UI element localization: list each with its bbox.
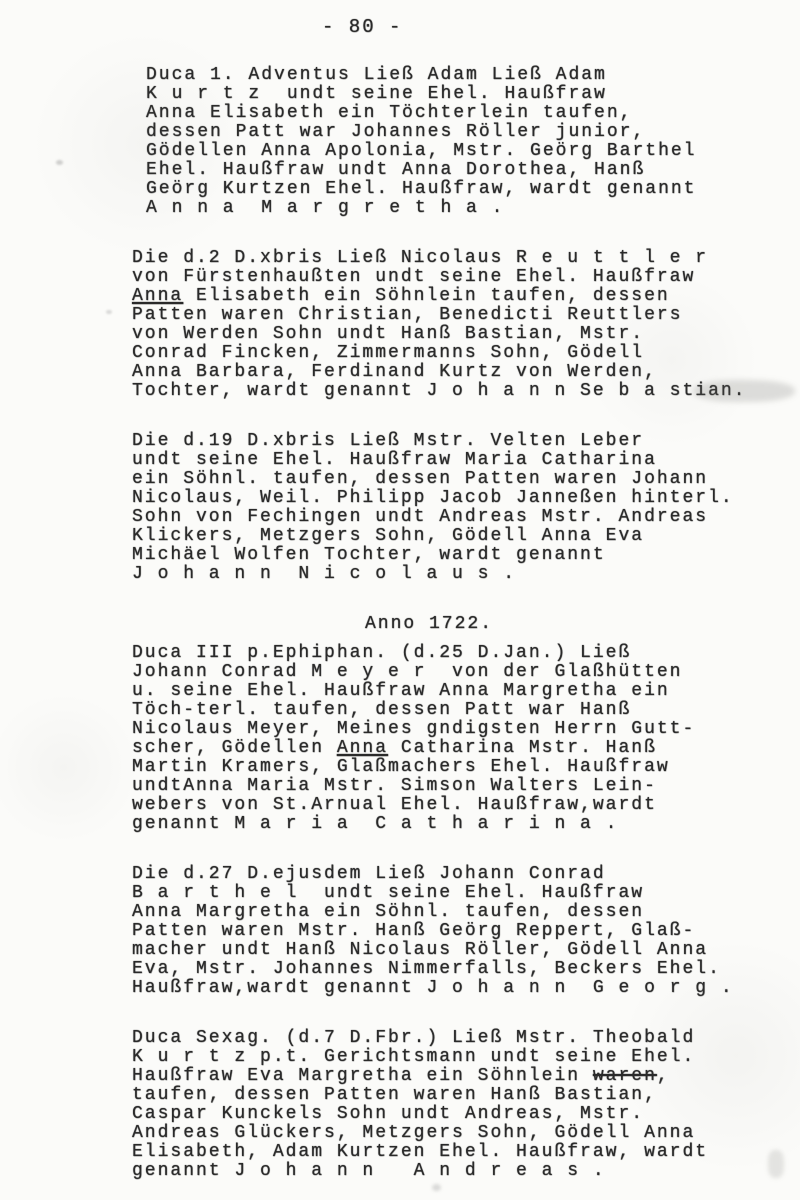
text-segment: Elisabeth, Adam Kurtzen Ehel. Haußfraw, … [132, 1142, 708, 1162]
page-number: - 80 - [0, 0, 800, 38]
text-segment: scher, Gödellen [132, 738, 337, 758]
text-segment: Haußfraw Eva Margretha ein Söhnlein [132, 1066, 593, 1086]
text-line: Nicolaus, Weil. Philipp Jacob Janneßen h… [132, 489, 760, 508]
text-segment: K u r t z p.t. Gerichtsmann undt seine E… [132, 1047, 695, 1067]
text-segment: Töch-terl. taufen, dessen Patt war Hanß [132, 700, 631, 720]
text-segment: Gödellen Anna Apolonia, Mstr. Geörg Bart… [146, 141, 696, 161]
struck-word: waren [593, 1066, 657, 1086]
text-line: Patten waren Christian, Benedicti Reuttl… [132, 306, 760, 325]
text-segment: genannt J o h a n n A n d r e a s . [132, 1161, 606, 1181]
text-segment: u. seine Ehel. Haußfraw Anna Margretha e… [132, 681, 670, 701]
text-line: Geörg Kurtzen Ehel. Haußfraw, wardt gena… [146, 180, 760, 199]
text-line: Elisabeth, Adam Kurtzen Ehel. Haußfraw, … [132, 1143, 760, 1162]
text-line: genannt M a r i a C a t h a r i n a . [132, 815, 760, 834]
entry-paragraph: Die d.27 D.ejusdem Ließ Johann ConradB a… [132, 865, 760, 998]
text-line: webers von St.Arnual Ehel. Haußfraw,ward… [132, 796, 760, 815]
text-segment: Michäel Wolfen Tochter, wardt genannt [132, 545, 606, 565]
text-line: Nicolaus Meyer, Meines gndigsten Herrn G… [132, 720, 760, 739]
text-line: taufen, dessen Patten waren Hanß Bastian… [132, 1086, 760, 1105]
text-line: undtAnna Maria Mstr. Simson Walters Lein… [132, 777, 760, 796]
text-line: K u r t z p.t. Gerichtsmann undt seine E… [132, 1048, 760, 1067]
text-line: Martin Kramers, Glaßmachers Ehel. Haußfr… [132, 758, 760, 777]
underlined-word: Anna [132, 286, 183, 306]
text-line: Tochter, wardt genannt J o h a n n Se b … [132, 382, 760, 401]
text-segment: Conrad Fincken, Zimmermanns Sohn, Gödell [132, 343, 644, 363]
text-line: B a r t h e l undt seine Ehel. Haußfraw [132, 884, 760, 903]
text-segment: Patten waren Christian, Benedicti Reuttl… [132, 305, 682, 325]
text-segment: Die d.2 D.xbris Ließ Nicolaus R e u t t … [132, 248, 708, 268]
entry-paragraph: Duca III p.Ephiphan. (d.25 D.Jan.) LießJ… [132, 644, 760, 834]
text-segment: macher undt Hanß Nicolaus Röller, Gödell… [132, 940, 708, 960]
entry-paragraph: Duca Sexag. (d.7 D.Fbr.) Ließ Mstr. Theo… [132, 1029, 760, 1181]
text-line: Die d.19 D.xbris Ließ Mstr. Velten Leber [132, 432, 760, 451]
text-line: dessen Patt war Johannes Röller junior, [146, 123, 760, 142]
text-line: Die d.27 D.ejusdem Ließ Johann Conrad [132, 865, 760, 884]
text-segment: Anno 1722. [365, 614, 493, 634]
underlined-word: Anna [337, 738, 388, 758]
text-segment: Martin Kramers, Glaßmachers Ehel. Haußfr… [132, 757, 670, 777]
text-line: Duca III p.Ephiphan. (d.25 D.Jan.) Ließ [132, 644, 760, 663]
text-line: ein Söhnl. taufen, dessen Patten waren J… [132, 470, 760, 489]
text-segment: Anna Barbara, Ferdinand Kurtz von Werden… [132, 362, 657, 382]
text-segment: , [657, 1066, 670, 1086]
text-segment: Duca Sexag. (d.7 D.Fbr.) Ließ Mstr. Theo… [132, 1028, 695, 1048]
text-line: Anna Barbara, Ferdinand Kurtz von Werden… [132, 363, 760, 382]
text-segment: Andreas Glückers, Metzgers Sohn, Gödell … [132, 1123, 695, 1143]
text-line: Anno 1722. [365, 615, 760, 634]
text-segment: K u r t z undt seine Ehel. Haußfraw [146, 84, 607, 104]
text-segment: Die d.19 D.xbris Ließ Mstr. Velten Leber [132, 431, 644, 451]
text-segment: von Fürstenhaußten undt seine Ehel. Hauß… [132, 267, 695, 287]
text-line: Haußfraw,wardt genannt J o h a n n G e o… [132, 979, 760, 998]
text-segment: Eva, Mstr. Johannes Nimmerfalls, Beckers… [132, 959, 721, 979]
text-segment: A n n a M a r g r e t h a . [146, 198, 504, 218]
text-line: Sohn von Fechingen undt Andreas Mstr. An… [132, 508, 760, 527]
text-segment: Nicolaus Meyer, Meines gndigsten Herrn G… [132, 719, 695, 739]
text-segment: Duca III p.Ephiphan. (d.25 D.Jan.) Ließ [132, 643, 631, 663]
text-line: Andreas Glückers, Metzgers Sohn, Gödell … [132, 1124, 760, 1143]
text-line: genannt J o h a n n A n d r e a s . [132, 1162, 760, 1181]
text-segment: Anna Elisabeth ein Töchterlein taufen, [146, 103, 632, 123]
text-line: u. seine Ehel. Haußfraw Anna Margretha e… [132, 682, 760, 701]
entry-paragraph: Duca 1. Adventus Ließ Adam Ließ AdamK u … [146, 66, 760, 218]
text-line: Töch-terl. taufen, dessen Patt war Hanß [132, 701, 760, 720]
text-line: von Fürstenhaußten undt seine Ehel. Hauß… [132, 268, 760, 287]
text-line: Duca Sexag. (d.7 D.Fbr.) Ließ Mstr. Theo… [132, 1029, 760, 1048]
text-segment: Ehel. Haußfraw undt Anna Dorothea, Hanß [146, 160, 645, 180]
text-line: macher undt Hanß Nicolaus Röller, Gödell… [132, 941, 760, 960]
document-page: - 80 - Duca 1. Adventus Ließ Adam Ließ A… [0, 0, 800, 1200]
text-line: Eva, Mstr. Johannes Nimmerfalls, Beckers… [132, 960, 760, 979]
text-segment: B a r t h e l undt seine Ehel. Haußfraw [132, 883, 644, 903]
text-line: Anna Elisabeth ein Söhnlein taufen, dess… [132, 287, 760, 306]
text-line: Michäel Wolfen Tochter, wardt genannt [132, 546, 760, 565]
entry-paragraph: Die d.2 D.xbris Ließ Nicolaus R e u t t … [132, 249, 760, 401]
text-segment: Elisabeth ein Söhnlein taufen, dessen [183, 286, 669, 306]
text-line: Caspar Kunckels Sohn undt Andreas, Mstr. [132, 1105, 760, 1124]
text-line: J o h a n n N i c o l a u s . [132, 565, 760, 584]
text-segment: undtAnna Maria Mstr. Simson Walters Lein… [132, 776, 657, 796]
text-line: Anna Elisabeth ein Töchterlein taufen, [146, 104, 760, 123]
text-segment: Haußfraw,wardt genannt J o h a n n G e o… [132, 978, 734, 998]
text-segment: Duca 1. Adventus Ließ Adam Ließ Adam [146, 65, 607, 85]
text-segment: ein Söhnl. taufen, dessen Patten waren J… [132, 469, 708, 489]
text-line: undt seine Ehel. Haußfraw Maria Catharin… [132, 451, 760, 470]
text-line: von Werden Sohn undt Hanß Bastian, Mstr. [132, 325, 760, 344]
text-line: scher, Gödellen Anna Catharina Mstr. Han… [132, 739, 760, 758]
text-segment: Nicolaus, Weil. Philipp Jacob Janneßen h… [132, 488, 734, 508]
text-segment: webers von St.Arnual Ehel. Haußfraw,ward… [132, 795, 657, 815]
year-heading: Anno 1722. [365, 615, 760, 634]
scan-speckle [432, 1184, 441, 1191]
document-body: Duca 1. Adventus Ließ Adam Ließ AdamK u … [0, 38, 800, 1181]
text-line: Ehel. Haußfraw undt Anna Dorothea, Hanß [146, 161, 760, 180]
text-line: Anna Margretha ein Söhnl. taufen, dessen [132, 903, 760, 922]
text-segment: genannt M a r i a C a t h a r i n a . [132, 814, 618, 834]
text-segment: taufen, dessen Patten waren Hanß Bastian… [132, 1085, 657, 1105]
text-segment: J o h a n n N i c o l a u s . [132, 564, 516, 584]
text-segment: Sohn von Fechingen undt Andreas Mstr. An… [132, 507, 708, 527]
text-segment: von Werden Sohn undt Hanß Bastian, Mstr. [132, 324, 644, 344]
text-segment: Geörg Kurtzen Ehel. Haußfraw, wardt gena… [146, 179, 696, 199]
text-segment: Tochter, wardt genannt J o h a n n Se b … [132, 381, 746, 401]
text-line: A n n a M a r g r e t h a . [146, 199, 760, 218]
text-line: Gödellen Anna Apolonia, Mstr. Geörg Bart… [146, 142, 760, 161]
text-line: Conrad Fincken, Zimmermanns Sohn, Gödell [132, 344, 760, 363]
text-line: Klickers, Metzgers Sohn, Gödell Anna Eva [132, 527, 760, 546]
entry-paragraph: Die d.19 D.xbris Ließ Mstr. Velten Leber… [132, 432, 760, 584]
text-line: Die d.2 D.xbris Ließ Nicolaus R e u t t … [132, 249, 760, 268]
text-line: Johann Conrad M e y e r von der Glaßhütt… [132, 663, 760, 682]
text-line: Patten waren Mstr. Hanß Geörg Reppert, G… [132, 922, 760, 941]
text-segment: Patten waren Mstr. Hanß Geörg Reppert, G… [132, 921, 695, 941]
text-segment: Anna Margretha ein Söhnl. taufen, dessen [132, 902, 644, 922]
text-line: Duca 1. Adventus Ließ Adam Ließ Adam [146, 66, 760, 85]
text-line: K u r t z undt seine Ehel. Haußfraw [146, 85, 760, 104]
text-line: Haußfraw Eva Margretha ein Söhnlein ware… [132, 1067, 760, 1086]
text-segment: undt seine Ehel. Haußfraw Maria Catharin… [132, 450, 657, 470]
text-segment: Catharina Mstr. Hanß [388, 738, 657, 758]
text-segment: Klickers, Metzgers Sohn, Gödell Anna Eva [132, 526, 644, 546]
text-segment: Die d.27 D.ejusdem Ließ Johann Conrad [132, 864, 606, 884]
text-segment: Caspar Kunckels Sohn undt Andreas, Mstr. [132, 1104, 644, 1124]
text-segment: dessen Patt war Johannes Röller junior, [146, 122, 645, 142]
text-segment: Johann Conrad M e y e r von der Glaßhütt… [132, 662, 682, 682]
